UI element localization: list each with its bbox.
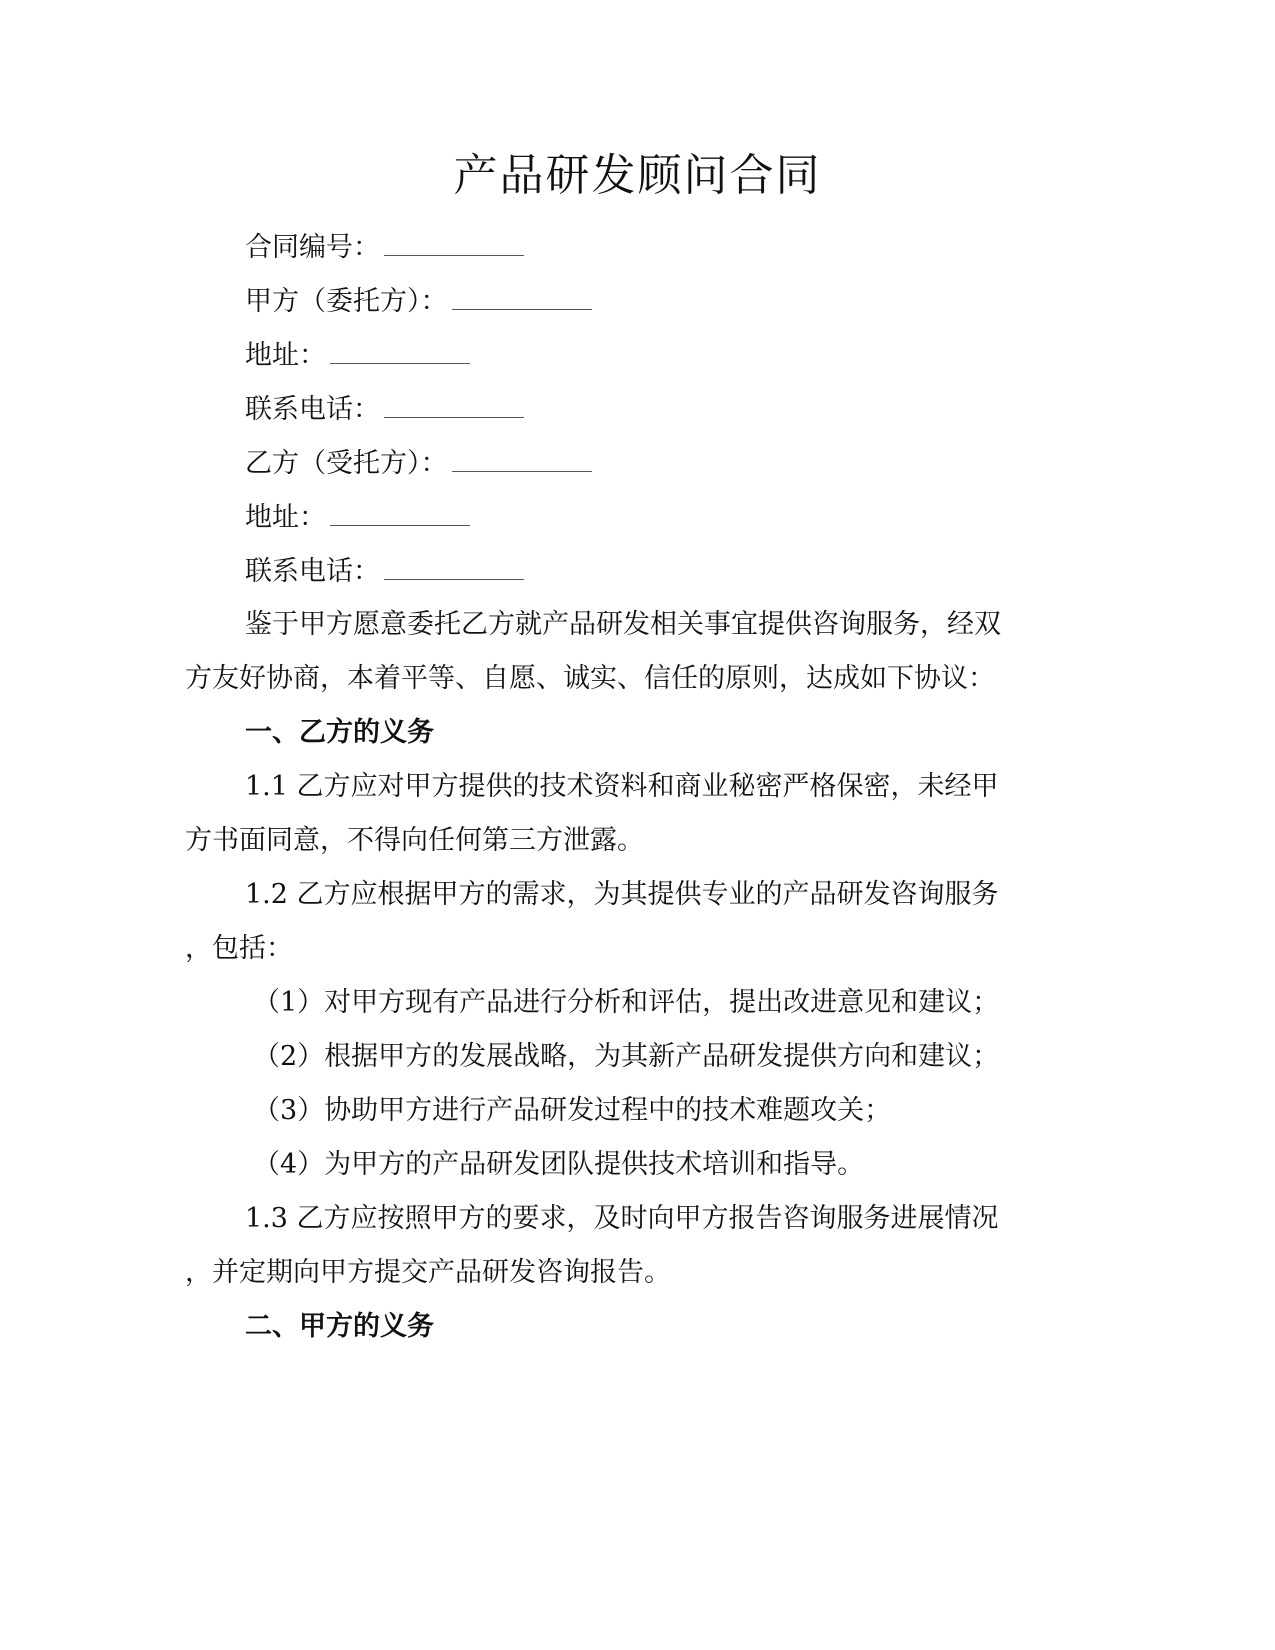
field-label: 地址：	[245, 502, 326, 533]
clause-1-3-line-2: ，并定期向甲方提交产品研发咨询报告。	[185, 1255, 671, 1291]
field-party-a: 甲方（委托方）：	[245, 283, 592, 320]
clause-1-2-line-1: 1.2 乙方应根据甲方的需求，为其提供专业的产品研发咨询服务	[245, 877, 999, 913]
clause-1-3-line-1: 1.3 乙方应按照甲方的要求，及时向甲方报告咨询服务进展情况	[245, 1201, 999, 1237]
clause-1-2-item-3: （3）协助甲方进行产品研发过程中的技术难题攻关；	[253, 1093, 891, 1129]
document-page: 产品研发顾问合同 合同编号： 甲方（委托方）： 地址： 联系电话： 乙方（受托方…	[0, 0, 1275, 1650]
preamble-line-1: 鉴于甲方愿意委托乙方就产品研发相关事宜提供咨询服务，经双	[245, 607, 1001, 643]
field-party-a-phone: 联系电话：	[245, 391, 524, 428]
section-1-heading: 一、乙方的义务	[245, 715, 434, 751]
clause-1-2-item-1: （1）对甲方现有产品进行分析和评估，提出改进意见和建议；	[253, 985, 999, 1021]
preamble-line-2: 方友好协商，本着平等、自愿、诚实、信任的原则，达成如下协议：	[185, 661, 995, 697]
field-party-b: 乙方（受托方）：	[245, 445, 592, 482]
party-a-phone-blank[interactable]	[384, 391, 524, 418]
field-party-a-address: 地址：	[245, 337, 470, 374]
field-label: 联系电话：	[245, 556, 380, 587]
party-a-address-blank[interactable]	[330, 337, 470, 364]
clause-1-2-item-4: （4）为甲方的产品研发团队提供技术培训和指导。	[253, 1147, 864, 1183]
field-party-b-address: 地址：	[245, 499, 470, 536]
clause-1-2-line-2: ，包括：	[185, 931, 293, 967]
contract-number-blank[interactable]	[384, 229, 524, 256]
party-b-blank[interactable]	[452, 445, 592, 472]
clause-1-2-item-2: （2）根据甲方的发展战略，为其新产品研发提供方向和建议；	[253, 1039, 999, 1075]
field-label: 甲方（委托方）：	[245, 286, 448, 317]
section-2-heading: 二、甲方的义务	[245, 1309, 434, 1345]
party-b-address-blank[interactable]	[330, 499, 470, 526]
field-label: 联系电话：	[245, 394, 380, 425]
field-label: 合同编号：	[245, 232, 380, 263]
field-label: 乙方（受托方）：	[245, 448, 448, 479]
clause-1-1-line-1: 1.1 乙方应对甲方提供的技术资料和商业秘密严格保密，未经甲	[245, 769, 999, 805]
field-contract-number: 合同编号：	[245, 229, 524, 266]
field-label: 地址：	[245, 340, 326, 371]
party-a-blank[interactable]	[452, 283, 592, 310]
clause-1-1-line-2: 方书面同意，不得向任何第三方泄露。	[185, 823, 644, 859]
field-party-b-phone: 联系电话：	[245, 553, 524, 590]
party-b-phone-blank[interactable]	[384, 553, 524, 580]
document-title: 产品研发顾问合同	[0, 148, 1275, 204]
